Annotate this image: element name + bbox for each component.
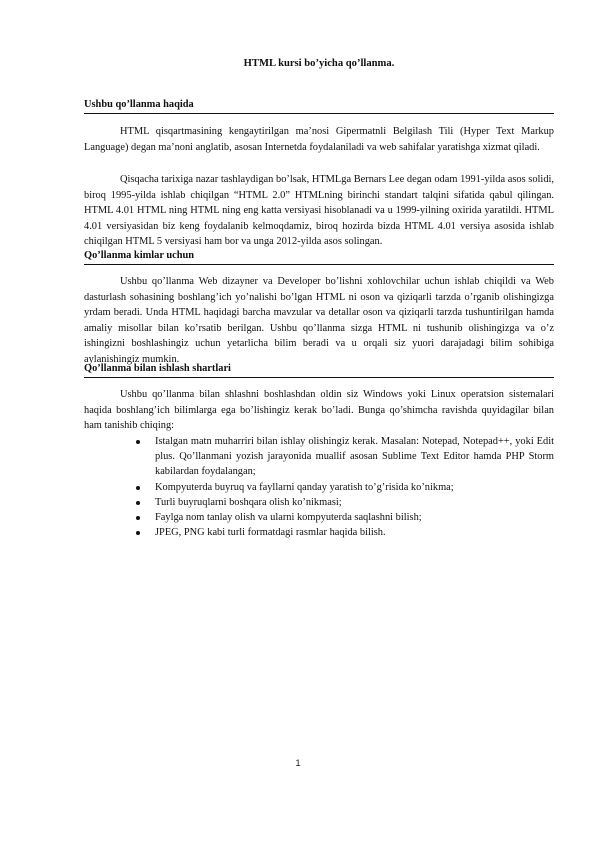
list-item-text: JPEG, PNG kabi turli formatdagi rasmlar … [155,527,386,538]
bullet-icon [136,440,140,444]
list-item-text: Turli buyruqlarni boshqara olish ko’nikm… [155,497,342,508]
bullet-icon [136,531,140,535]
section-heading-audience: Qo’llanma kimlar uchun [84,249,554,265]
page-number: 1 [0,758,596,769]
document-title: HTML kursi bo’yicha qo’llanma. [84,57,554,71]
paragraph-requirements-1: Ushbu qo’llanma bilan shlashni boshlashd… [84,387,554,434]
list-item: Kompyuterda buyruq va fayllarni qanday y… [84,480,554,495]
list-item: JPEG, PNG kabi turli formatdagi rasmlar … [84,525,554,540]
bullet-icon [136,501,140,505]
paragraph-about-2: Qisqacha tarixiga nazar tashlaydigan bo’… [84,172,554,250]
section-heading-requirements: Qo’llanma bilan ishlash shartlari [84,362,554,378]
requirements-list: Istalgan matn muharriri bilan ishlay oli… [84,434,554,540]
paragraph-audience-1: Ushbu qo’llanma Web dizayner va Develope… [84,274,554,367]
list-item: Istalgan matn muharriri bilan ishlay oli… [84,434,554,480]
paragraph-about-1: HTML qisqartmasining kengaytirilgan ma’n… [84,124,554,155]
list-item: Turli buyruqlarni boshqara olish ko’nikm… [84,495,554,510]
bullet-icon [136,486,140,490]
list-item: Faylga nom tanlay olish va ularni kompyu… [84,510,554,525]
bullet-icon [136,516,140,520]
section-heading-about: Ushbu qo’llanma haqida [84,98,554,114]
list-item-text: Kompyuterda buyruq va fayllarni qanday y… [155,482,454,493]
list-item-text: Istalgan matn muharriri bilan ishlay oli… [155,436,554,477]
list-item-text: Faylga nom tanlay olish va ularni kompyu… [155,512,422,523]
